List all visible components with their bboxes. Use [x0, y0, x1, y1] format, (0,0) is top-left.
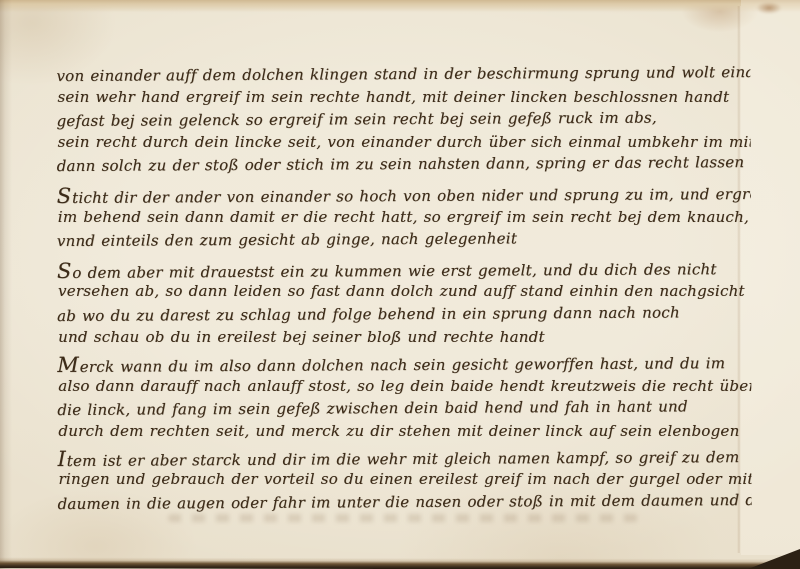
manuscript-line: sein wehr hand ergreif im sein rechte ha…	[57, 86, 751, 109]
manuscript-photo: von einander auff dem dolchen klingen st…	[0, 0, 800, 569]
manuscript-line: versehen ab, so dann leiden so fast dann…	[58, 280, 752, 303]
manuscript-line: ab wo du zu darest zu schlag und folge b…	[57, 301, 751, 328]
manuscript-line: von einander auff dem dolchen klingen st…	[56, 62, 750, 88]
manuscript-line: ringen und gebrauch der vorteil so du ei…	[58, 468, 751, 491]
paragraph-3: So dem aber mit drauestst ein zu kummen …	[57, 257, 751, 349]
page-bottom-edge	[0, 557, 800, 569]
paragraph-4: ‖Merck wann du im also dann dolchen nach…	[57, 351, 751, 443]
ink-stain	[752, 0, 786, 16]
page-corner-shadow	[748, 549, 800, 569]
manuscript-line: die linck, und fang im sein gefeß zwisch…	[57, 395, 751, 422]
manuscript-line: und schau ob du in ereilest bej seiner b…	[58, 326, 751, 349]
manuscript-line-text: Merck wann du im also dann dolchen nach …	[57, 354, 725, 376]
paragraph-5: Item ist er aber starck und dir im die w…	[57, 445, 751, 515]
manuscript-line: Item ist er aber starck und dir im die w…	[57, 444, 751, 471]
manuscript-line: im behend sein dann damit er die recht h…	[58, 206, 752, 229]
manuscript-line: durch dem rechten seit, und merck zu dir…	[58, 420, 751, 443]
manuscript-line: vnnd einteils den zum gesicht ab ginge, …	[57, 226, 751, 253]
manuscript-line: sein recht durch dein lincke seit, von e…	[58, 131, 752, 154]
manuscript-line: So dem aber mit drauestst ein zu kummen …	[57, 256, 751, 283]
manuscript-line: gefast bej sein gelenck so ergreif im se…	[56, 106, 750, 133]
handwritten-text-block: von einander auff dem dolchen klingen st…	[56, 62, 751, 524]
manuscript-line: ‖Merck wann du im also dann dolchen nach…	[57, 350, 751, 377]
page-top-edge	[0, 0, 800, 12]
page-left-edge-shadow	[0, 0, 12, 569]
manuscript-line: Sticht dir der ander von einander so hoc…	[57, 181, 751, 208]
paragraph-1: von einander auff dem dolchen klingen st…	[56, 62, 750, 177]
manuscript-line: dann solch zu der stoß oder stich im zu …	[57, 151, 751, 178]
manuscript-line: daumen in die augen oder fahr im unter d…	[57, 489, 751, 516]
manuscript-line: also dann darauff nach anlauff stost, so…	[58, 375, 751, 398]
paragraph-2: Sticht dir der ander von einander so hoc…	[57, 182, 751, 252]
